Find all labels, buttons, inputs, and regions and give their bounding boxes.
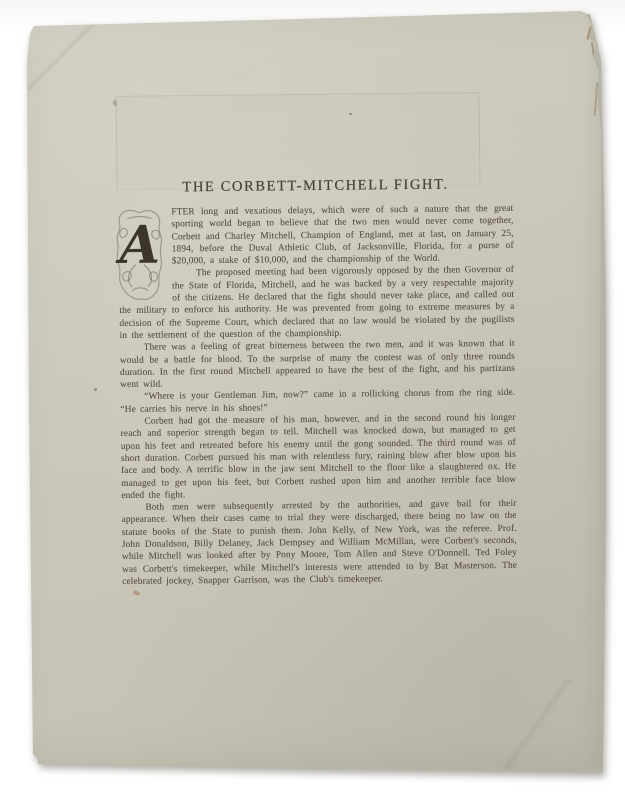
corner-crease [470,680,600,775]
article-body: A FTER long and vexatious delays, which … [118,203,517,588]
paper-blemish [94,388,97,391]
paragraph-1: A FTER long and vexatious delays, which … [118,203,514,269]
paper-blemish [349,113,352,115]
paper-blemish [133,590,141,596]
paper-stack: THE CORBETT-MITCHELL FIGHT. [0,0,625,800]
corner-crease [22,20,102,90]
photo-background: THE CORBETT-MITCHELL FIGHT. [0,0,625,800]
document-page: THE CORBETT-MITCHELL FIGHT. [0,0,625,800]
paragraph-5: Corbett had got the measure of his man, … [120,412,516,502]
discoloration-rectangle [116,92,481,190]
drop-cap-ornament-icon: A [113,207,166,304]
printed-content: THE CORBETT-MITCHELL FIGHT. [118,176,517,588]
paragraph-3: There was a feeling of great bitterness … [120,338,515,391]
paragraph-6: Both men were subsequently arrested by t… [121,498,517,588]
drop-cap-letter: A [114,215,160,276]
page-title: THE CORBETT-MITCHELL FIGHT. [118,176,513,197]
paragraph-text: FTER long and vexatious delays, which we… [171,204,513,267]
paragraph-2: The proposed meeting had been vigorously… [119,264,515,342]
